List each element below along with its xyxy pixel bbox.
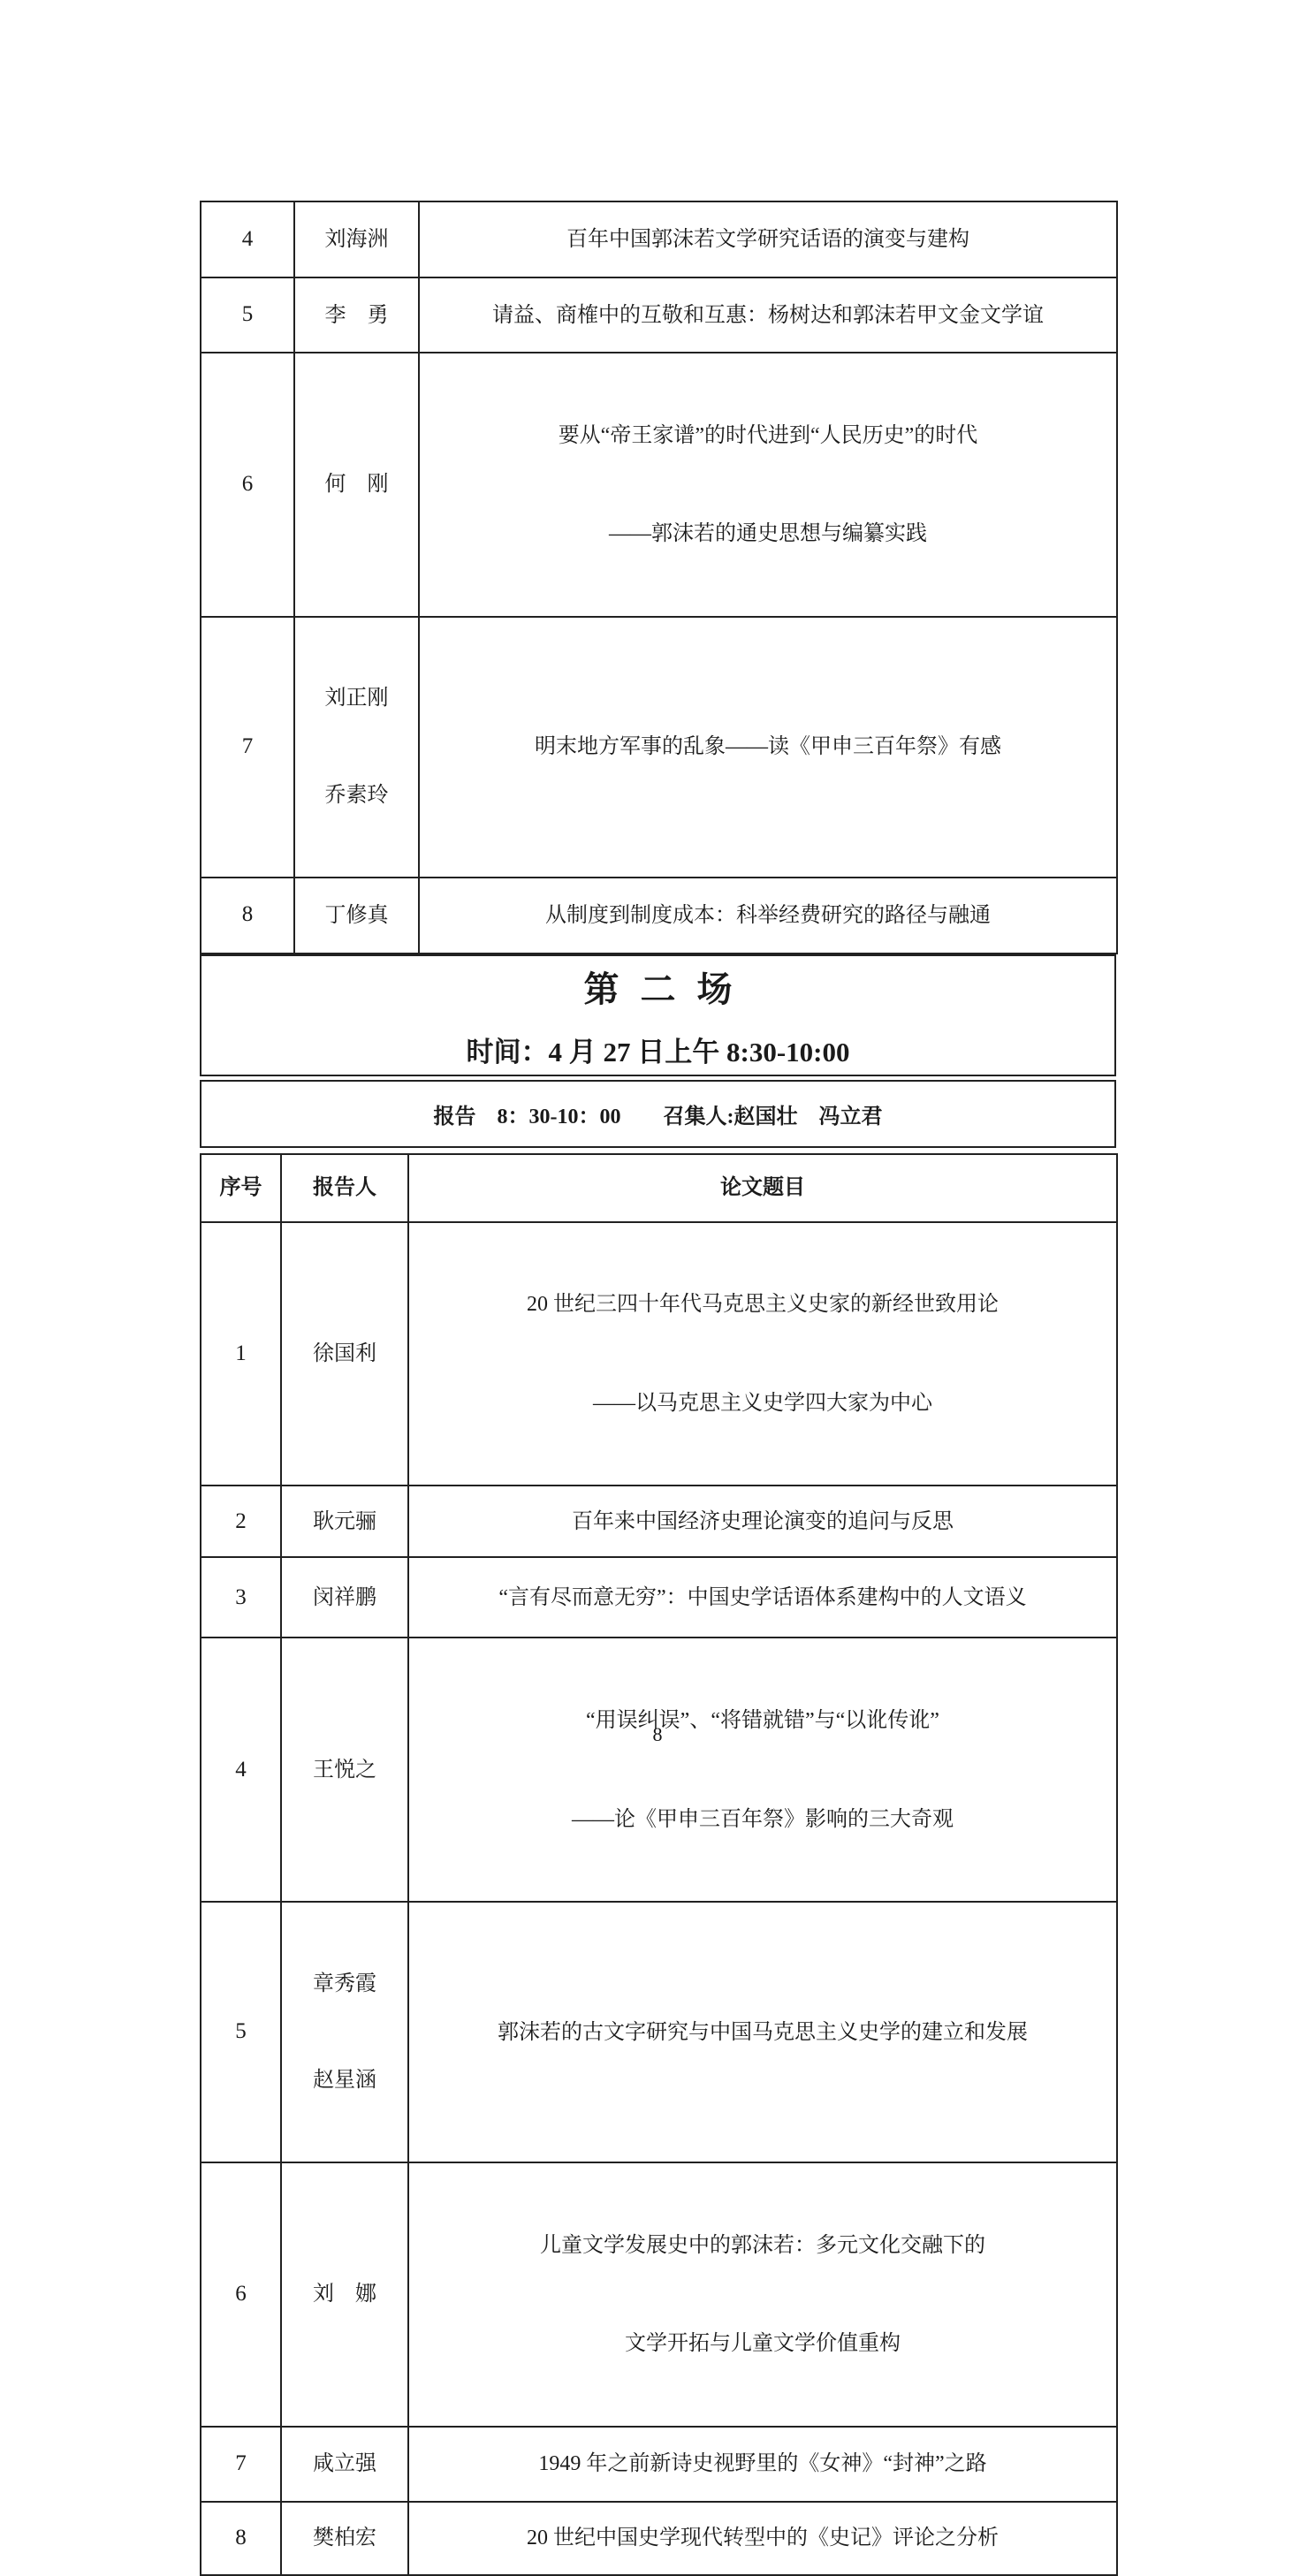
paper-title-line: ——郭沫若的通史思想与编纂实践 xyxy=(425,515,1111,552)
paper-title-line: 要从“帝王家谱”的时代进到“人民历史”的时代 xyxy=(425,417,1111,454)
paper-title-cell: 20 世纪三四十年代马克思主义史家的新经世致用论 ——以马克思主义史学四大家为中… xyxy=(408,1222,1117,1486)
presenter-cell: 闵祥鹏 xyxy=(281,1557,408,1638)
presenter-name: 李 勇 xyxy=(300,298,413,333)
session1-paper-table: 4 刘海洲 百年中国郭沫若文学研究话语的演变与建构 5 李 勇 请益、商榷中的互… xyxy=(200,201,1118,954)
presenter-cell: 章秀霞 赵星涵 xyxy=(281,1902,408,2162)
paper-title-cell: 20 世纪中国史学现代转型中的《史记》评论之分析 xyxy=(408,2502,1117,2575)
conference-program-body: 4 刘海洲 百年中国郭沫若文学研究话语的演变与建构 5 李 勇 请益、商榷中的互… xyxy=(200,201,1116,2576)
presenter-name: 刘正刚 xyxy=(300,680,413,716)
table-row: 3 闵祥鹏 “言有尽而意无穷”：中国史学话语体系建构中的人文语义 xyxy=(201,1557,1117,1638)
presenter-name: 赵星涵 xyxy=(287,2063,402,2098)
row-number: 4 xyxy=(201,1638,281,1902)
table-row: 8 樊柏宏 20 世纪中国史学现代转型中的《史记》评论之分析 xyxy=(201,2502,1117,2575)
page-number: 8 xyxy=(0,1723,1315,1746)
paper-title-line: 20 世纪中国史学现代转型中的《史记》评论之分析 xyxy=(414,2519,1111,2557)
paper-title-cell: 1949 年之前新诗史视野里的《女神》“封神”之路 xyxy=(408,2427,1117,2502)
presenter-name: 丁修真 xyxy=(300,898,413,933)
paper-title-cell: 明末地方军事的乱象——读《甲申三百年祭》有感 xyxy=(419,617,1117,878)
presenter-name: 刘海洲 xyxy=(300,222,413,257)
paper-title-cell: 从制度到制度成本：科举经费研究的路径与融通 xyxy=(419,878,1117,954)
paper-title-line: “言有尽而意无穷”：中国史学话语体系建构中的人文语义 xyxy=(414,1579,1111,1616)
row-number: 4 xyxy=(201,201,294,277)
paper-title-cell: 请益、商榷中的互敬和互惠：杨树达和郭沫若甲文金文学谊 xyxy=(419,277,1117,353)
table-row: 7 刘正刚 乔素玲 明末地方军事的乱象——读《甲申三百年祭》有感 xyxy=(201,617,1117,878)
paper-title-cell: 百年中国郭沫若文学研究话语的演变与建构 xyxy=(419,201,1117,277)
presenter-name: 咸立强 xyxy=(287,2446,402,2481)
presenter-name: 何 刚 xyxy=(300,467,413,502)
header-title: 论文题目 xyxy=(408,1154,1117,1222)
row-number: 3 xyxy=(201,1557,281,1638)
presenter-name: 樊柏宏 xyxy=(287,2520,402,2556)
presenter-cell: 刘海洲 xyxy=(294,201,419,277)
row-number: 8 xyxy=(201,878,294,954)
session2-paper-table: 序号 报告人 论文题目 1 徐国利 20 世纪三四十年代马克思主义史家的新经世致… xyxy=(200,1153,1118,2576)
session-time: 时间：4 月 27 日上午 8:30-10:00 xyxy=(467,1030,850,1069)
table-header-row: 序号 报告人 论文题目 xyxy=(201,1154,1117,1222)
paper-title-line: 儿童文学发展史中的郭沫若：多元文化交融下的 xyxy=(414,2227,1111,2264)
paper-title-line: 文学开拓与儿童文学价值重构 xyxy=(414,2325,1111,2362)
paper-title-line: 1949 年之前新诗史视野里的《女神》“封神”之路 xyxy=(414,2445,1111,2482)
paper-title-cell: 百年来中国经济史理论演变的追问与反思 xyxy=(408,1486,1117,1557)
presenter-name: 王悦之 xyxy=(287,1752,402,1788)
presenter-cell: 何 刚 xyxy=(294,353,419,617)
presenter-cell: 刘 娜 xyxy=(281,2162,408,2427)
paper-title-line: ——以马克思主义史学四大家为中心 xyxy=(414,1385,1111,1422)
presenter-cell: 丁修真 xyxy=(294,878,419,954)
session2-report-row: 报告 8：30-10：00 召集人:赵国壮 冯立君 xyxy=(200,1080,1116,1148)
header-no: 序号 xyxy=(201,1154,281,1222)
paper-title-cell: 儿童文学发展史中的郭沫若：多元文化交融下的 文学开拓与儿童文学价值重构 xyxy=(408,2162,1117,2427)
paper-title-line: 百年来中国经济史理论演变的追问与反思 xyxy=(414,1503,1111,1540)
table-row: 4 刘海洲 百年中国郭沫若文学研究话语的演变与建构 xyxy=(201,201,1117,277)
presenter-cell: 咸立强 xyxy=(281,2427,408,2502)
presenter-name: 徐国利 xyxy=(287,1336,402,1372)
presenter-name: 耿元骊 xyxy=(287,1504,402,1539)
paper-title-line: 20 世纪三四十年代马克思主义史家的新经世致用论 xyxy=(414,1286,1111,1323)
paper-title-line: ——论《甲申三百年祭》影响的三大奇观 xyxy=(414,1801,1111,1838)
presenter-cell: 樊柏宏 xyxy=(281,2502,408,2575)
paper-title-line: 百年中国郭沫若文学研究话语的演变与建构 xyxy=(425,221,1111,258)
table-row: 2 耿元骊 百年来中国经济史理论演变的追问与反思 xyxy=(201,1486,1117,1557)
row-number: 5 xyxy=(201,277,294,353)
table-row: 1 徐国利 20 世纪三四十年代马克思主义史家的新经世致用论 ——以马克思主义史… xyxy=(201,1222,1117,1486)
presenter-cell: 徐国利 xyxy=(281,1222,408,1486)
paper-title-line: 郭沫若的古文字研究与中国马克思主义史学的建立和发展 xyxy=(414,2014,1111,2051)
table-row: 8 丁修真 从制度到制度成本：科举经费研究的路径与融通 xyxy=(201,878,1117,954)
paper-title-cell: 要从“帝王家谱”的时代进到“人民历史”的时代 ——郭沫若的通史思想与编纂实践 xyxy=(419,353,1117,617)
paper-title-line: 从制度到制度成本：科举经费研究的路径与融通 xyxy=(425,897,1111,934)
row-number: 6 xyxy=(201,353,294,617)
row-number: 1 xyxy=(201,1222,281,1486)
paper-title-line: 请益、商榷中的互敬和互惠：杨树达和郭沫若甲文金文学谊 xyxy=(425,297,1111,334)
table-row: 5 李 勇 请益、商榷中的互敬和互惠：杨树达和郭沫若甲文金文学谊 xyxy=(201,277,1117,353)
table-row: 4 王悦之 “用误纠误”、“将错就错”与“以讹传讹” ——论《甲申三百年祭》影响… xyxy=(201,1638,1117,1902)
row-number: 5 xyxy=(201,1902,281,2162)
paper-title-cell: 郭沫若的古文字研究与中国马克思主义史学的建立和发展 xyxy=(408,1902,1117,2162)
row-number: 8 xyxy=(201,2502,281,2575)
table-row: 6 何 刚 要从“帝王家谱”的时代进到“人民历史”的时代 ——郭沫若的通史思想与… xyxy=(201,353,1117,617)
table-row: 6 刘 娜 儿童文学发展史中的郭沫若：多元文化交融下的 文学开拓与儿童文学价值重… xyxy=(201,2162,1117,2427)
header-presenter: 报告人 xyxy=(281,1154,408,1222)
presenter-cell: 李 勇 xyxy=(294,277,419,353)
presenter-cell: 耿元骊 xyxy=(281,1486,408,1557)
presenter-cell: 王悦之 xyxy=(281,1638,408,1902)
table-row: 5 章秀霞 赵星涵 郭沫若的古文字研究与中国马克思主义史学的建立和发展 xyxy=(201,1902,1117,2162)
session-title: 第 二 场 xyxy=(584,961,733,1012)
paper-title-cell: “用误纠误”、“将错就错”与“以讹传讹” ——论《甲申三百年祭》影响的三大奇观 xyxy=(408,1638,1117,1902)
presenter-name: 乔素玲 xyxy=(300,778,413,813)
table-row: 7 咸立强 1949 年之前新诗史视野里的《女神》“封神”之路 xyxy=(201,2427,1117,2502)
presenter-name: 闵祥鹏 xyxy=(287,1580,402,1615)
paper-title-cell: “言有尽而意无穷”：中国史学话语体系建构中的人文语义 xyxy=(408,1557,1117,1638)
session2-header-cell: 第 二 场 时间：4 月 27 日上午 8:30-10:00 xyxy=(200,954,1116,1076)
row-number: 7 xyxy=(201,617,294,878)
row-number: 7 xyxy=(201,2427,281,2502)
presenter-cell: 刘正刚 乔素玲 xyxy=(294,617,419,878)
presenter-name: 刘 娜 xyxy=(287,2276,402,2312)
presenter-name: 章秀霞 xyxy=(287,1966,402,2002)
row-number: 6 xyxy=(201,2162,281,2427)
report-conveners-text: 报告 8：30-10：00 召集人:赵国壮 冯立君 xyxy=(434,1098,883,1129)
paper-title-line: 明末地方军事的乱象——读《甲申三百年祭》有感 xyxy=(425,728,1111,765)
row-number: 2 xyxy=(201,1486,281,1557)
